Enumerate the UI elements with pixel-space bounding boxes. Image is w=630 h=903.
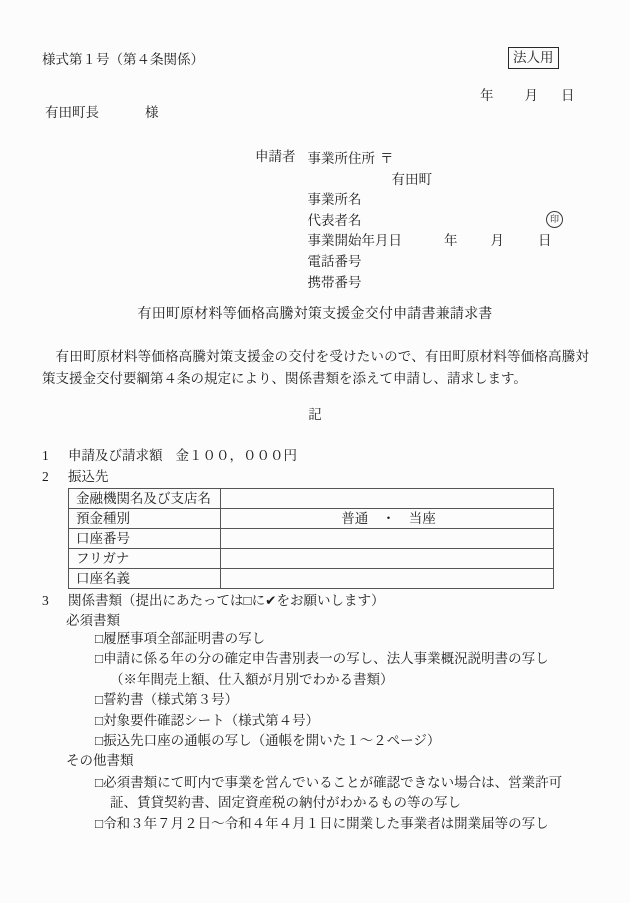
applicant-label: 申請者 [255, 149, 296, 164]
account-holder-label: 口座名義 [69, 569, 221, 589]
list-item-continuation: 証、賃貸契約書、固定資産税の納付がわかるもの等の写し [95, 793, 562, 813]
office-address-label: 事業所住所 [308, 151, 376, 166]
table-row: 預金種別 普通 ・ 当座 [69, 509, 554, 529]
office-address-prefill: 有田町 [392, 172, 433, 187]
required-docs-heading: 必須書類 [66, 613, 120, 628]
addressee-name: 有田町長 [45, 105, 99, 120]
section-bank-transfer: 2振込先 [42, 469, 109, 484]
list-item-note: （※年間売上額、仕入額が月別でわかる書類） [95, 670, 549, 690]
required-docs-list: □履歴事項全部証明書の写し □申請に係る年の分の確定申告書別表一の写し、法人事業… [95, 629, 549, 751]
mobile-label: 携帯番号 [308, 275, 362, 290]
office-address-row: 事業所住所〒 [308, 149, 552, 170]
mobile-row: 携帯番号 [308, 273, 552, 294]
list-item: □申請に係る年の分の確定申告書別表一の写し、法人事業概況説明書の写し [95, 649, 549, 669]
account-type-label: 預金種別 [69, 509, 221, 529]
list-item: □履歴事項全部証明書の写し [95, 629, 549, 649]
addressee-line: 有田町長様 [45, 105, 159, 120]
date-day-label: 日 [561, 88, 575, 103]
representative-row: 代表者名 [308, 211, 552, 232]
list-item-text: 必須書類にて町内で事業を営んでいることが確認できない場合は、営業許可 [103, 775, 562, 790]
checkbox-icon[interactable]: □ [95, 651, 103, 666]
body-paragraph: 有田町原材料等価格高騰対策支援金の交付を受けたいので、有田町原材料等価格高騰対策… [42, 346, 589, 390]
bank-name-label: 金融機関名及び支店名 [69, 489, 221, 509]
business-start-date-label: 事業開始年月日 [308, 233, 403, 248]
section-2-number: 2 [42, 469, 68, 484]
checkbox-icon[interactable]: □ [95, 692, 103, 707]
list-item: □誓約書（様式第３号） [95, 690, 549, 710]
list-item-text: 振込先口座の通帳の写し（通帳を開いた１～２ページ） [103, 733, 440, 748]
date-year-label: 年 [480, 88, 494, 103]
list-item: □必須書類にて町内で事業を営んでいることが確認できない場合は、営業許可 [95, 773, 562, 793]
section-related-documents: 3関係書類（提出にあたっては□に✔をお願いします） [42, 593, 384, 608]
checkbox-icon[interactable]: □ [95, 775, 103, 790]
section-2-label: 振込先 [68, 469, 109, 484]
list-item: □対象要件確認シート（様式第４号） [95, 711, 549, 731]
list-item: □振込先口座の通帳の写し（通帳を開いた１～２ページ） [95, 731, 549, 751]
business-start-date-row: 事業開始年月日年月日 [308, 231, 552, 252]
office-name-row: 事業所名 [308, 190, 552, 211]
phone-row: 電話番号 [308, 252, 552, 273]
section-3-number: 3 [42, 593, 68, 608]
record-mark: 記 [0, 407, 630, 422]
table-row: フリガナ [69, 549, 554, 569]
addressee-honorific: 様 [145, 105, 159, 120]
postal-mark: 〒 [380, 151, 394, 166]
account-type-options[interactable]: 普通 ・ 当座 [221, 509, 554, 529]
list-item-text: 誓約書（様式第３号） [103, 692, 238, 707]
other-docs-list: □必須書類にて町内で事業を営んでいることが確認できない場合は、営業許可 証、賃貸… [95, 773, 562, 834]
furigana-field[interactable] [221, 549, 554, 569]
other-docs-heading: その他書類 [66, 753, 134, 768]
checkbox-icon[interactable]: □ [95, 733, 103, 748]
list-item-text: 履歴事項全部証明書の写し [103, 631, 265, 646]
checkbox-icon[interactable]: □ [95, 713, 103, 728]
table-row: 口座番号 [69, 529, 554, 549]
list-item-text: 対象要件確認シート（様式第４号） [103, 713, 319, 728]
table-row: 金融機関名及び支店名 [69, 489, 554, 509]
section-3-label: 関係書類（提出にあたっては□に✔をお願いします） [68, 593, 384, 608]
office-address-value-row: 有田町 [308, 170, 552, 191]
date-month-label: 月 [525, 88, 539, 103]
bank-name-field[interactable] [221, 489, 554, 509]
representative-label: 代表者名 [308, 213, 362, 228]
bank-account-table: 金融機関名及び支店名 預金種別 普通 ・ 当座 口座番号 フリガナ 口座名義 [68, 488, 554, 589]
phone-label: 電話番号 [308, 254, 362, 269]
account-holder-field[interactable] [221, 569, 554, 589]
section-amount: 1申請及び請求額金１００，０００円 [42, 448, 297, 463]
application-form-page: 様式第１号（第４条関係） 法人用 年月日 有田町長様 申請者 事業所住所〒 有田… [0, 0, 630, 903]
start-month-label: 月 [491, 233, 505, 248]
form-number: 様式第１号（第４条関係） [42, 52, 204, 67]
office-name-label: 事業所名 [308, 192, 362, 207]
list-item-text: 令和３年７月２日～令和４年４月１日に開業した事業者は開業届等の写し [103, 816, 549, 831]
document-title: 有田町原材料等価格高騰対策支援金交付申請書兼請求書 [0, 307, 630, 322]
applicant-block: 申請者 事業所住所〒 有田町 事業所名 代表者名 事業開始年月日年月日 電話番号… [255, 149, 552, 293]
submission-date-line: 年月日 [480, 88, 575, 103]
start-day-label: 日 [538, 233, 552, 248]
applicant-fields: 事業所住所〒 有田町 事業所名 代表者名 事業開始年月日年月日 電話番号 携帯番… [308, 149, 552, 293]
corporate-use-badge: 法人用 [508, 47, 559, 69]
requested-amount: 金１００，０００円 [176, 448, 298, 463]
account-number-field[interactable] [221, 529, 554, 549]
checkbox-icon[interactable]: □ [95, 816, 103, 831]
seal-icon: 印 [546, 211, 563, 228]
account-number-label: 口座番号 [69, 529, 221, 549]
section-1-label: 申請及び請求額 [68, 448, 163, 463]
list-item: □令和３年７月２日～令和４年４月１日に開業した事業者は開業届等の写し [95, 814, 562, 834]
section-1-number: 1 [42, 448, 68, 463]
furigana-label: フリガナ [69, 549, 221, 569]
list-item-text: 申請に係る年の分の確定申告書別表一の写し、法人事業概況説明書の写し [103, 651, 549, 666]
start-year-label: 年 [444, 233, 458, 248]
table-row: 口座名義 [69, 569, 554, 589]
checkbox-icon[interactable]: □ [95, 631, 103, 646]
